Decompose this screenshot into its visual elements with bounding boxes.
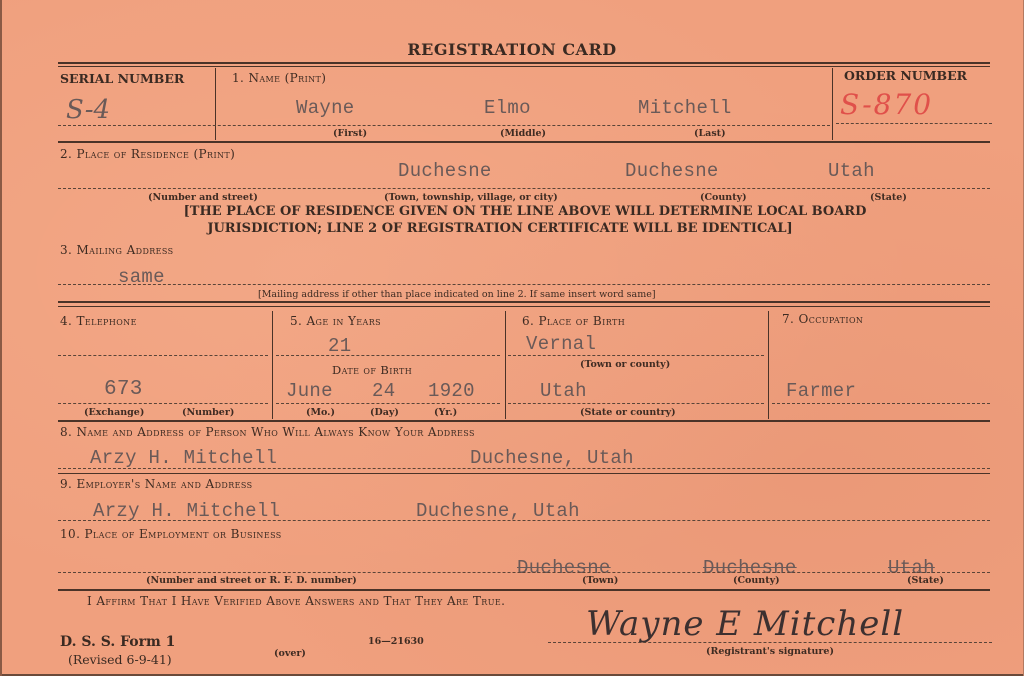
row-rule (58, 473, 990, 474)
employment-state-caption: (State) (907, 575, 944, 586)
mailing-caption: [Mailing address if other than place ind… (258, 289, 656, 300)
birthplace-town: Vernal (526, 333, 596, 355)
top-rule-2 (58, 66, 990, 67)
birthplace-state: Utah (540, 380, 587, 402)
order-line (836, 123, 992, 124)
employment-line (58, 572, 990, 573)
county-caption: (County) (700, 192, 747, 203)
contact-person-name: Arzy H. Mitchell (90, 447, 277, 469)
row-rule (58, 589, 990, 591)
row-rule (58, 420, 990, 422)
affirmation-text: I Affirm That I Have Verified Above Answ… (87, 594, 505, 608)
serial-number-label: SERIAL NUMBER (60, 71, 184, 86)
telephone-value: 673 (104, 378, 143, 401)
exchange-caption: (Exchange) (84, 407, 144, 418)
divider (272, 311, 273, 419)
yr-caption: (Yr.) (434, 407, 457, 418)
divider (215, 68, 216, 140)
divider (768, 311, 769, 419)
contact-person-label: 8. Name and Address of Person Who Will A… (60, 425, 475, 439)
telephone-label: 4. Telephone (60, 314, 137, 328)
last-name-value: Mitchell (638, 97, 732, 119)
employer-line (58, 520, 990, 521)
occupation-value: Farmer (786, 380, 856, 402)
residence-notice-line1: [THE PLACE OF RESIDENCE GIVEN ON THE LIN… (0, 204, 1024, 219)
age-label: 5. Age in Years (290, 314, 381, 328)
street-caption: (Number and street) (148, 192, 258, 203)
form-revised: (Revised 6-9-41) (68, 652, 172, 667)
signature-line (548, 642, 992, 643)
state-caption: (State) (870, 192, 907, 203)
print-code: 16—21630 (368, 636, 424, 647)
last-caption: (Last) (694, 128, 726, 139)
birthplace-state-line (508, 403, 764, 404)
residence-line (58, 188, 990, 189)
town-caption: (Town, township, village, or city) (384, 192, 558, 203)
dob-year: 1920 (428, 380, 475, 402)
employment-town-caption: (Town) (582, 575, 618, 586)
signature-caption: (Registrant's signature) (706, 646, 834, 657)
age-value: 21 (328, 335, 351, 357)
employer-name: Arzy H. Mitchell (93, 500, 280, 522)
residence-notice-line2: JURISDICTION; LINE 2 OF REGISTRATION CER… (0, 221, 1000, 236)
day-caption: (Day) (370, 407, 399, 418)
birthplace-town-caption: (Town or county) (580, 359, 670, 370)
row-rule (58, 301, 990, 303)
dob-label: Date of Birth (332, 363, 412, 377)
occupation-label: 7. Occupation (782, 312, 863, 326)
divider (505, 311, 506, 419)
top-rule (58, 62, 990, 64)
telephone-line-2 (58, 403, 268, 404)
birthplace-label: 6. Place of Birth (522, 314, 625, 328)
telephone-line-1 (58, 355, 268, 356)
serial-number-value: S-4 (66, 95, 110, 125)
middle-caption: (Middle) (500, 128, 546, 139)
divider (832, 68, 833, 140)
birthplace-state-caption: (State or country) (580, 407, 676, 418)
name-label: 1. Name (Print) (232, 71, 326, 85)
dob-line (276, 403, 500, 404)
birthplace-town-line (508, 355, 764, 356)
first-name-value: Wayne (296, 97, 355, 119)
mailing-line (58, 284, 990, 285)
order-number-value: S-870 (840, 88, 933, 121)
row-rule-2 (58, 306, 990, 307)
employment-place-label: 10. Place of Employment or Business (60, 527, 282, 541)
employment-county-caption: (County) (733, 575, 780, 586)
name-line (58, 125, 830, 126)
residence-state: Utah (828, 160, 875, 182)
residence-county: Duchesne (625, 160, 719, 182)
employment-street-caption: (Number and street or R. F. D. number) (146, 575, 357, 586)
row-rule (58, 141, 990, 143)
contact-person-line (58, 468, 990, 469)
occupation-line (772, 403, 990, 404)
mailing-label: 3. Mailing Address (60, 243, 174, 257)
number-caption: (Number) (182, 407, 234, 418)
dob-month: June (286, 380, 333, 402)
form-number: D. S. S. Form 1 (60, 634, 175, 650)
middle-name-value: Elmo (484, 97, 531, 119)
first-caption: (First) (333, 128, 367, 139)
residence-label: 2. Place of Residence (Print) (60, 147, 235, 161)
mo-caption: (Mo.) (306, 407, 335, 418)
registrant-signature: Wayne E Mitchell (586, 604, 904, 644)
card-title: REGISTRATION CARD (0, 40, 1024, 59)
employer-address: Duchesne, Utah (416, 500, 580, 522)
over-note: (over) (274, 648, 306, 659)
order-number-label: ORDER NUMBER (844, 68, 967, 83)
employer-label: 9. Employer's Name and Address (60, 477, 253, 491)
contact-person-address: Duchesne, Utah (470, 447, 634, 469)
age-line (276, 355, 500, 356)
residence-town: Duchesne (398, 160, 492, 182)
registration-card: REGISTRATION CARD SERIAL NUMBER S-4 1. N… (0, 0, 1024, 676)
dob-day: 24 (372, 380, 395, 402)
